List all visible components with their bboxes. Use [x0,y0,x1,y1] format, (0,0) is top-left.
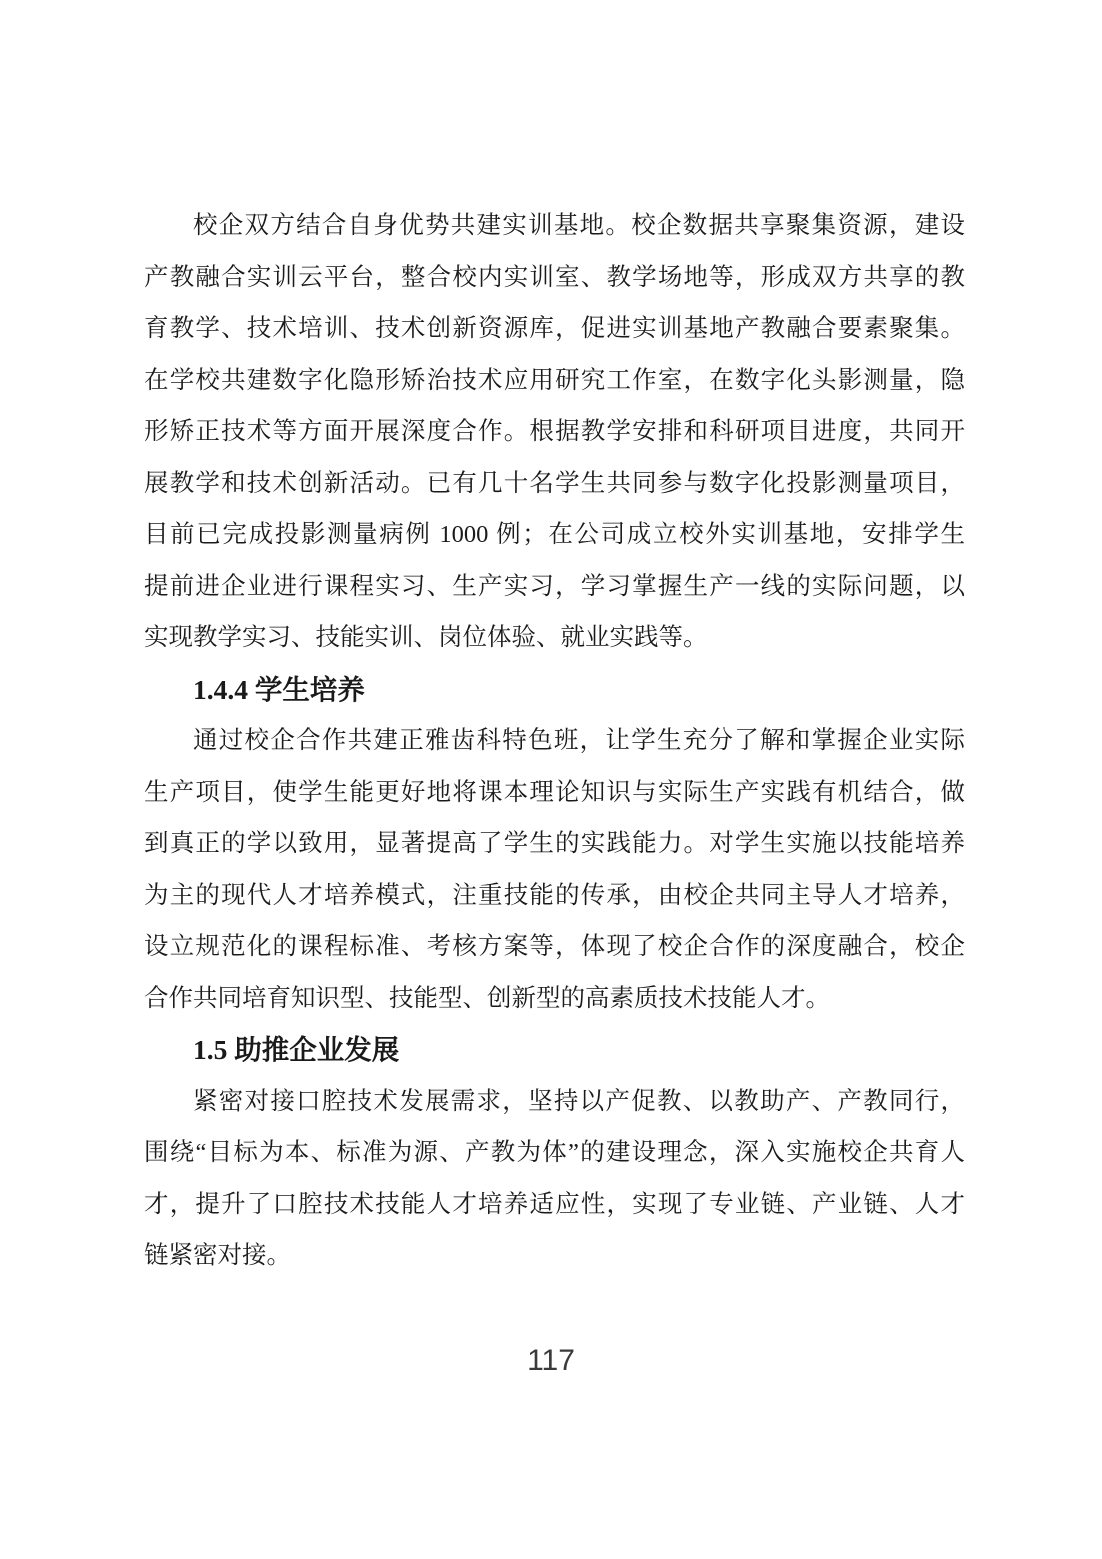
body-line: 才，提升了口腔技术技能人才培养适应性，实现了专业链、产业链、人才 [144,1179,965,1231]
body-line: 到真正的学以致用，显著提高了学生的实践能力。对学生实施以技能培养 [144,818,965,870]
body-line: 提前进企业进行课程实习、生产实习，学习掌握生产一线的实际问题，以 [144,561,965,613]
body-line: 通过校企合作共建正雅齿科特色班，让学生充分了解和掌握企业实际 [144,715,965,767]
body-line: 链紧密对接。 [144,1230,965,1282]
body-line: 围绕“目标为本、标准为源、产教为体”的建设理念，深入实施校企共育人 [144,1127,965,1179]
section-heading-student-training: 1.4.4 学生培养 [144,664,965,716]
document-body: 校企双方结合自身优势共建实训基地。校企数据共享聚集资源，建设 产教融合实训云平台… [144,200,965,1282]
body-line: 设立规范化的课程标准、考核方案等，体现了校企合作的深度融合，校企 [144,921,965,973]
body-line: 产教融合实训云平台，整合校内实训室、教学场地等，形成双方共享的教 [144,252,965,304]
body-line: 在学校共建数字化隐形矫治技术应用研究工作室，在数字化头影测量，隐 [144,355,965,407]
section-heading-enterprise-development: 1.5 助推企业发展 [144,1024,965,1076]
body-line: 育教学、技术培训、技术创新资源库，促进实训基地产教融合要素聚集。 [144,303,965,355]
body-line: 校企双方结合自身优势共建实训基地。校企数据共享聚集资源，建设 [144,200,965,252]
body-line: 目前已完成投影测量病例 1000 例；在公司成立校外实训基地，安排学生 [144,509,965,561]
body-line: 为主的现代人才培养模式，注重技能的传承，由校企共同主导人才培养， [144,870,965,922]
body-line: 展教学和技术创新活动。已有几十名学生共同参与数字化投影测量项目， [144,458,965,510]
body-line: 紧密对接口腔技术发展需求，坚持以产促教、以教助产、产教同行， [144,1076,965,1128]
body-line: 实现教学实习、技能实训、岗位体验、就业实践等。 [144,612,965,664]
body-line: 合作共同培育知识型、技能型、创新型的高素质技术技能人才。 [144,973,965,1025]
page-number: 117 [0,1335,1102,1387]
body-line: 生产项目，使学生能更好地将课本理论知识与实际生产实践有机结合，做 [144,767,965,819]
document-page: 校企双方结合自身优势共建实训基地。校企数据共享聚集资源，建设 产教融合实训云平台… [0,0,1102,1559]
body-line: 形矫正技术等方面开展深度合作。根据教学安排和科研项目进度，共同开 [144,406,965,458]
